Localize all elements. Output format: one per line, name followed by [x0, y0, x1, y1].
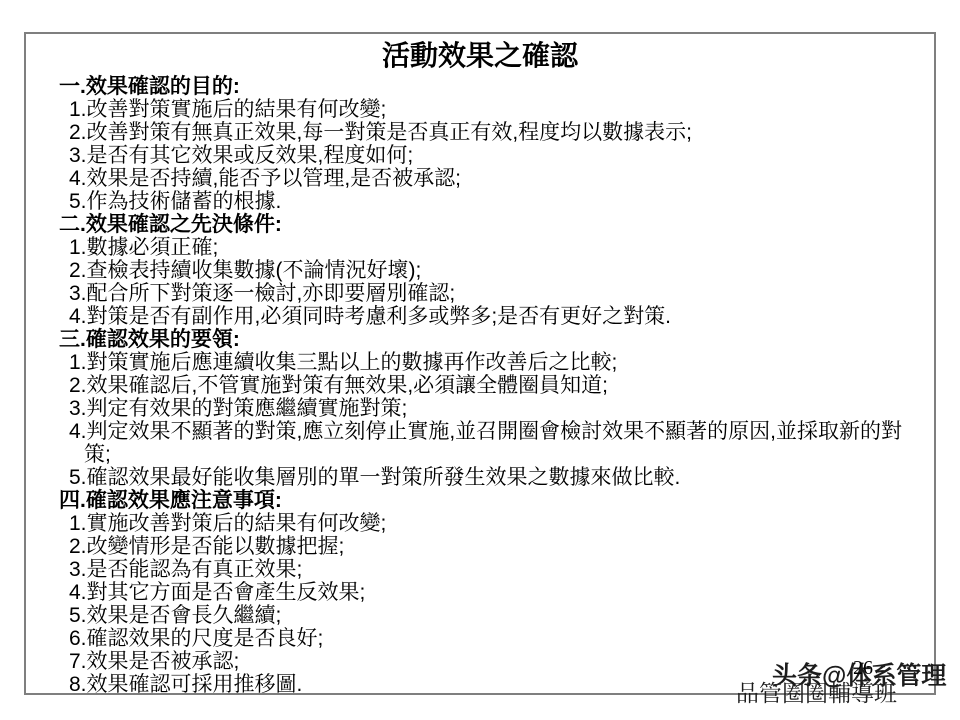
section-item: 2.改變情形是否能以數據把握; — [69, 535, 922, 558]
section-item: 5.作為技術儲蓄的根據. — [69, 190, 922, 213]
page-number: 26 — [853, 658, 873, 678]
section-item: 6.確認效果的尺度是否良好; — [69, 627, 922, 650]
section-item: 3.是否能認為有真正效果; — [69, 558, 922, 581]
section-heading: 二.效果確認之先決條件: — [59, 213, 922, 236]
slide-content: 一.效果確認的目的: 1.改善對策實施后的結果有何改變; 2.改善對策有無真正效… — [59, 75, 922, 696]
section-heading: 三.確認效果的要領: — [59, 328, 922, 351]
section-item: 1.實施改善對策后的結果有何改變; — [69, 512, 922, 535]
section-item: 2.效果確認后,不管實施對策有無效果,必須讓全體圈員知道; — [69, 374, 922, 397]
section-item: 3.判定有效果的對策應繼續實施對策; — [69, 397, 922, 420]
section-purpose: 一.效果確認的目的: 1.改善對策實施后的結果有何改變; 2.改善對策有無真正效… — [59, 75, 922, 213]
section-heading: 一.效果確認的目的: — [59, 75, 922, 98]
section-item: 2.查檢表持續收集數據(不論情況好壞); — [69, 259, 922, 282]
slide-frame: 活動效果之確認 一.效果確認的目的: 1.改善對策實施后的結果有何改變; 2.改… — [24, 32, 936, 695]
section-item: 2.改善對策有無真正效果,每一對策是否真正有效,程度均以數據表示; — [69, 121, 922, 144]
section-item: 1.對策實施后應連續收集三點以上的數據再作改善后之比較; — [69, 351, 922, 374]
section-item: 4.判定效果不顯著的對策,應立刻停止實施,並召開圈會檢討效果不顯著的原因,並採取… — [69, 420, 922, 466]
section-heading: 四.確認效果應注意事項: — [59, 489, 922, 512]
section-item: 5.確認效果最好能收集層別的單一對策所發生效果之數據來做比較. — [69, 466, 922, 489]
section-item: 3.配合所下對策逐一檢討,亦即要層別確認; — [69, 282, 922, 305]
section-item: 4.對其它方面是否會產生反效果; — [69, 581, 922, 604]
section-preconditions: 二.效果確認之先決條件: 1.數據必須正確; 2.查檢表持續收集數據(不論情況好… — [59, 213, 922, 328]
slide-page: 活動效果之確認 一.效果確認的目的: 1.改善對策實施后的結果有何改變; 2.改… — [0, 0, 960, 720]
section-item: 1.改善對策實施后的結果有何改變; — [69, 98, 922, 121]
section-item: 4.對策是否有副作用,必須同時考慮利多或弊多;是否有更好之對策. — [69, 305, 922, 328]
section-item: 3.是否有其它效果或反效果,程度如何; — [69, 144, 922, 167]
section-item: 5.效果是否會長久繼續; — [69, 604, 922, 627]
section-item: 4.效果是否持續,能否予以管理,是否被承認; — [69, 167, 922, 190]
section-key-points: 三.確認效果的要領: 1.對策實施后應連續收集三點以上的數據再作改善后之比較; … — [59, 328, 922, 489]
slide-title: 活動效果之確認 — [26, 39, 934, 73]
section-item: 1.數據必須正確; — [69, 236, 922, 259]
